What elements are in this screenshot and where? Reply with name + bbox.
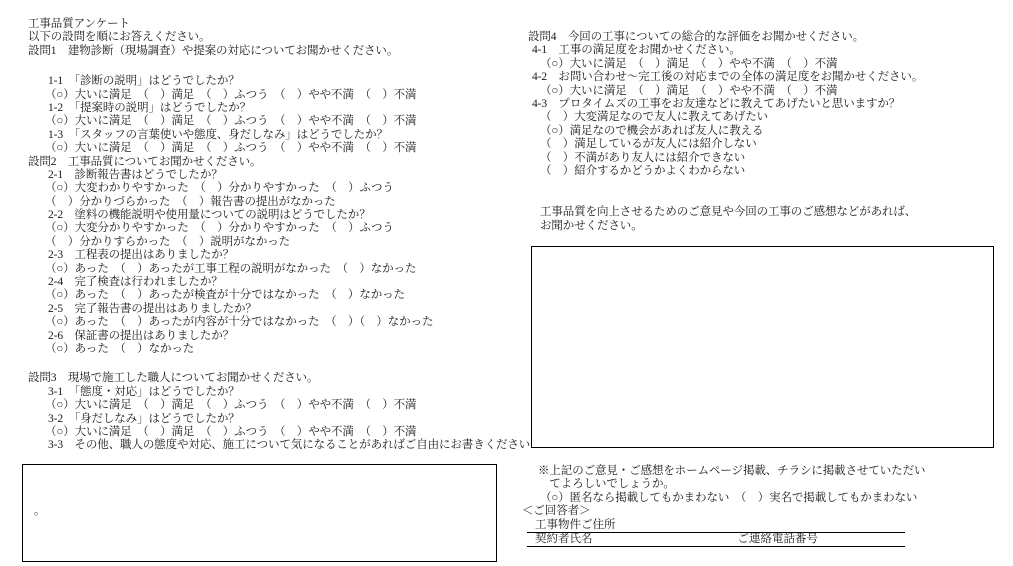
- answerer-heading: ＜ご回答者＞: [522, 505, 1007, 518]
- question-2-6: 2-6 保証書の提出はありましたか？: [48, 330, 502, 343]
- publish-options: （○）匿名なら掲載してもかまわない （ ）実名で掲載してもかまわない: [540, 492, 1007, 505]
- comment-box-feedback[interactable]: [531, 246, 994, 448]
- spacer: [28, 356, 502, 372]
- spacer: [28, 453, 502, 464]
- options-4-1: （○）大いに満足 （ ）満足 （ ）やや不満 （ ）不満: [540, 58, 1007, 71]
- options-2-5: （○）あった （ ）あったが内容が十分ではなかった （ ）（ ）なかった: [45, 316, 502, 329]
- options-2-6: （○）あった （ ）なかった: [45, 343, 502, 356]
- question-2-2: 2-2 塗料の機能説明や使用量についての説明はどうでしたか？: [48, 209, 502, 222]
- field-label: 工事物件ご住所: [535, 519, 616, 531]
- question-2-1: 2-1 診断報告書はどうでしたか？: [48, 169, 502, 182]
- handwritten-mark: 。: [34, 505, 46, 518]
- options-4-3-4: （ ）不満があり友人には紹介できない: [540, 152, 1007, 165]
- options-3-2: （○）大いに満足 （ ）満足 （ ）ふつう （ ）やや不満 （ ）不満: [45, 426, 502, 439]
- field-row-name-phone[interactable]: 契約者氏名ご連絡電話番号: [527, 533, 905, 547]
- field-label: ご連絡電話番号: [738, 533, 819, 545]
- question-3-2: 3-2 「身だしなみ」はどうでしたか？: [48, 413, 502, 426]
- spacer: [522, 178, 1007, 206]
- options-4-3-1: （ ）大変満足なので友人に教えてあげたい: [540, 111, 1007, 124]
- options-4-3-3: （ ）満足しているが友人には紹介しない: [540, 138, 1007, 151]
- options-4-3-2: （○）満足なので機会があれば友人に教える: [540, 125, 1007, 138]
- options-4-3-5: （ ）紹介するかどうかよくわからない: [540, 165, 1007, 178]
- question-1-2: 1-2 「提案時の説明」はどうでしたか？: [48, 102, 502, 115]
- options-1-1: （○）大いに満足 （ ）満足 （ ）ふつう （ ）やや不満 （ ）不満: [45, 89, 502, 102]
- field-row-address[interactable]: 工事物件ご住所: [527, 519, 905, 533]
- spacer: [28, 58, 502, 75]
- question-4-3: 4-3 プロタイムズの工事をお友達などに教えてあげたいと思いますか？: [532, 98, 1007, 111]
- question-2-5: 2-5 完了報告書の提出はありましたか？: [48, 303, 502, 316]
- question-2-4: 2-4 完了検査は行われましたか？: [48, 276, 502, 289]
- feedback-prompt-2: お聞かせください。: [540, 220, 1007, 233]
- question-4-1: 4-1 工事の満足度をお聞かせください。: [532, 44, 1007, 57]
- survey-column-left: 工事品質アンケート以下の設問を順にお答えください。設問1 建物診断（現場調査）や…: [28, 18, 502, 562]
- options-2-4: （○）あった （ ）あったが検査が十分ではなかった （ ）なかった: [45, 289, 502, 302]
- section-1-heading: 設問1 建物診断（現場調査）や提案の対応についてお聞かせください。: [28, 45, 502, 58]
- options-2-3: （○）あった （ ）あったが工事工程の説明がなかった （ ）なかった: [45, 263, 502, 276]
- publish-note-1: ※上記のご意見・ご感想をホームページ掲載、チラシに掲載させていただい: [538, 465, 1007, 478]
- section-4-heading: 設問4 今回の工事についての総合的な評価をお聞かせください。: [528, 31, 1007, 44]
- field-label: 契約者氏名: [535, 533, 593, 545]
- options-2-1-b: （ ）分かりづらかった （ ）報告書の提出がなかった: [45, 196, 502, 209]
- options-1-3: （○）大いに満足 （ ）満足 （ ）ふつう （ ）やや不満 （ ）不満: [45, 142, 502, 155]
- survey-column-right: 設問4 今回の工事についての総合的な評価をお聞かせください。4-1 工事の満足度…: [522, 31, 1007, 547]
- spacer: [522, 233, 1007, 246]
- question-1-1: 1-1 「診断の説明」はどうでしたか？: [48, 75, 502, 88]
- survey-title: 工事品質アンケート: [28, 18, 502, 31]
- spacer: [522, 448, 1007, 465]
- options-4-2: （○）大いに満足 （ ）満足 （ ）やや不満 （ ）不満: [540, 85, 1007, 98]
- options-2-1-a: （○）大変わかりやすかった （ ）分かりやすかった （ ）ふつう: [45, 182, 502, 195]
- section-3-heading: 設問3 現場で施工した職人についてお聞かせください。: [28, 372, 502, 385]
- question-1-3: 1-3 「スタッフの言葉使いや態度、身だしなみ」はどうでしたか？: [48, 129, 502, 142]
- question-3-1: 3-1 「態度・対応」はどうでしたか？: [48, 386, 502, 399]
- feedback-prompt-1: 工事品質を向上させるためのご意見や今回の工事のご感想などがあれば、: [540, 206, 1007, 219]
- question-2-3: 2-3 工程表の提出はありましたか？: [48, 249, 502, 262]
- survey-intro: 以下の設問を順にお答えください。: [28, 31, 502, 44]
- options-3-1: （○）大いに満足 （ ）満足 （ ）ふつう （ ）やや不満 （ ）不満: [45, 399, 502, 412]
- options-1-2: （○）大いに満足 （ ）満足 （ ）ふつう （ ）やや不満 （ ）不満: [45, 115, 502, 128]
- question-3-3: 3-3 その他、職人の態度や対応、施工について気になることがあればご自由にお書き…: [48, 439, 502, 452]
- options-2-2-b: （ ）分かりすらかった （ ）説明がなかった: [45, 236, 502, 249]
- comment-box-craftsmen[interactable]: 。: [22, 464, 497, 562]
- survey-page: 工事品質アンケート以下の設問を順にお答えください。設問1 建物診断（現場調査）や…: [0, 0, 1013, 566]
- section-2-heading: 設問2 工事品質についてお聞かせください。: [28, 156, 502, 169]
- question-4-2: 4-2 お問い合わせ～完工後の対応までの全体の満足度をお聞かせください。: [532, 71, 1007, 84]
- options-2-2-a: （○）大変分かりやすかった （ ）分かりやすかった （ ）ふつう: [45, 222, 502, 235]
- publish-note-2: てよろしいでしょうか。: [538, 478, 1007, 491]
